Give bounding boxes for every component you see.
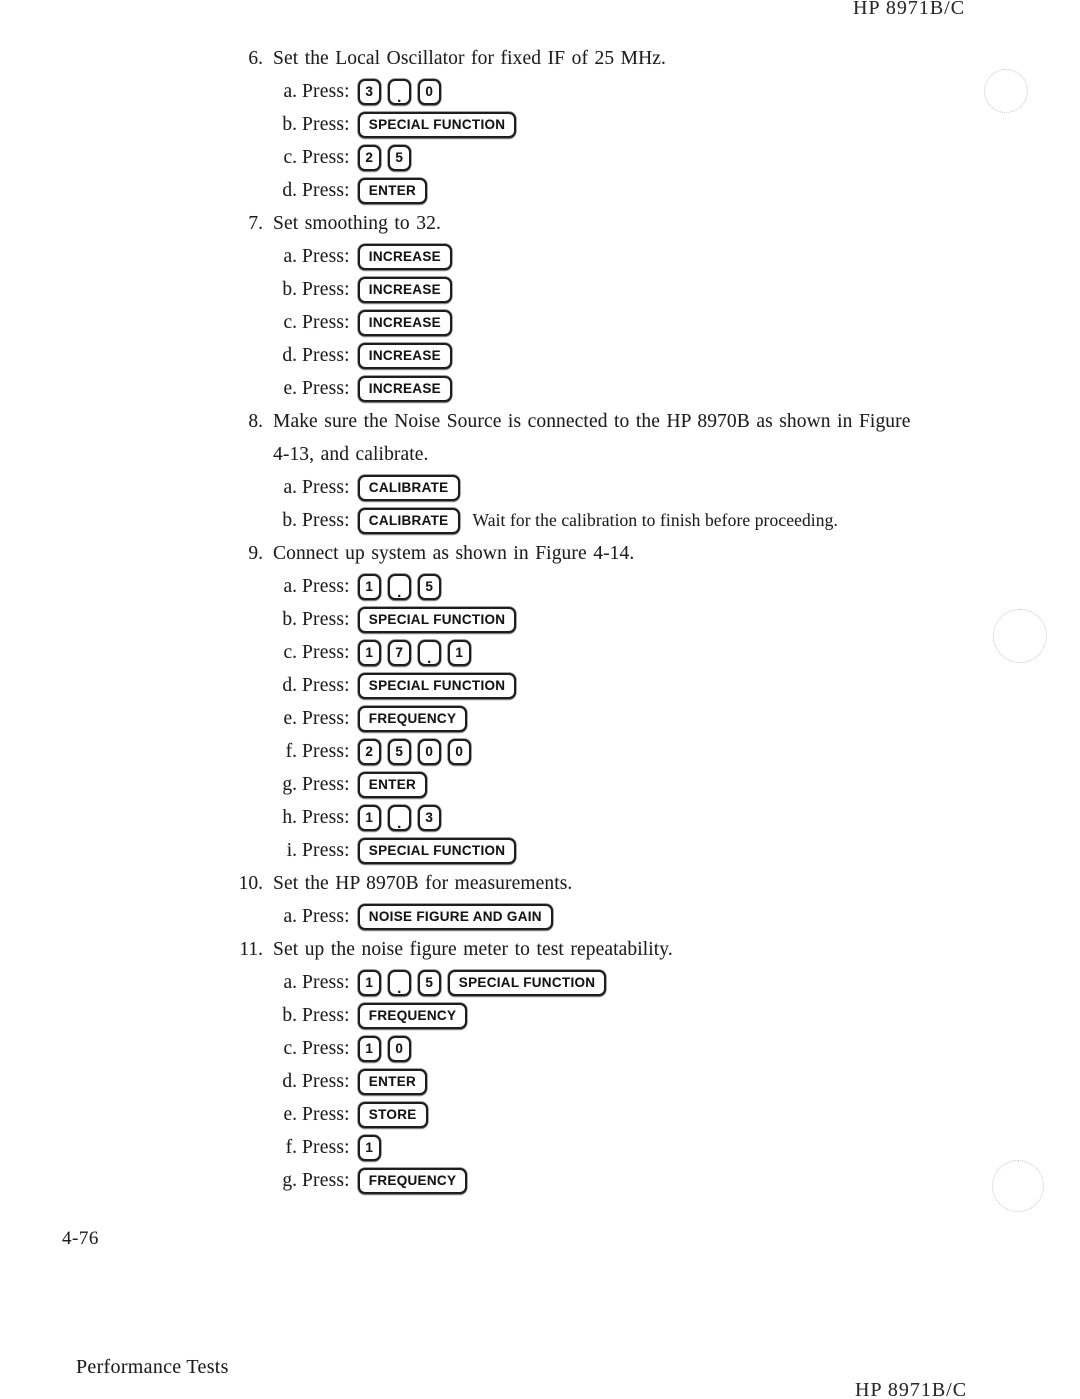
press-label: Press: bbox=[302, 774, 350, 796]
key-sequence: 1 bbox=[358, 1135, 388, 1161]
step-text: Set up the noise figure meter to test re… bbox=[273, 933, 973, 966]
keycap-5: 5 bbox=[418, 574, 441, 600]
substep-list: a.Press:1.5SPECIAL FUNCTIONb.Press:FREQU… bbox=[273, 966, 1080, 1197]
substep-b: b.Press:SPECIAL FUNCTION bbox=[273, 603, 1080, 636]
keycap-increase: INCREASE bbox=[358, 376, 452, 402]
substep-letter: d. bbox=[275, 345, 297, 367]
substep-b: b.Press:FREQUENCY bbox=[273, 999, 1080, 1032]
substep-letter: f. bbox=[275, 741, 297, 763]
keycap-frequency: FREQUENCY bbox=[358, 706, 467, 732]
keycap-calibrate: CALIBRATE bbox=[358, 475, 460, 501]
keycap-special-function: SPECIAL FUNCTION bbox=[358, 607, 517, 633]
keycap-decimal-point: . bbox=[418, 640, 441, 666]
key-sequence: NOISE FIGURE AND GAIN bbox=[358, 904, 560, 930]
keycap-1: 1 bbox=[358, 640, 381, 666]
substep-letter: c. bbox=[275, 147, 297, 169]
press-label: Press: bbox=[302, 510, 350, 532]
step-text: Connect up system as shown in Figure 4-1… bbox=[273, 537, 973, 570]
keycap-increase: INCREASE bbox=[358, 343, 452, 369]
keycap-decimal-point: . bbox=[388, 805, 411, 831]
substep-letter: b. bbox=[275, 1005, 297, 1027]
key-sequence: ENTER bbox=[358, 178, 434, 204]
press-label: Press: bbox=[302, 1137, 350, 1159]
keycap-enter: ENTER bbox=[358, 1069, 427, 1095]
keycap-increase: INCREASE bbox=[358, 310, 452, 336]
substep-letter: e. bbox=[275, 708, 297, 730]
press-label: Press: bbox=[302, 972, 350, 994]
press-label: Press: bbox=[302, 114, 350, 136]
substep-list: a.Press:3.0b.Press:SPECIAL FUNCTIONc.Pre… bbox=[273, 75, 1080, 207]
substep-letter: a. bbox=[275, 906, 297, 928]
press-label: Press: bbox=[302, 180, 350, 202]
key-sequence: INCREASE bbox=[358, 244, 459, 270]
keycap-decimal-point: . bbox=[388, 574, 411, 600]
step-text: Set smoothing to 32. bbox=[273, 207, 973, 240]
substep-c: c.Press:10 bbox=[273, 1032, 1080, 1065]
keycap-enter: ENTER bbox=[358, 178, 427, 204]
substep-letter: h. bbox=[275, 807, 297, 829]
substep-letter: g. bbox=[275, 1170, 297, 1192]
keycap-3: 3 bbox=[418, 805, 441, 831]
step-6: 6.Set the Local Oscillator for fixed IF … bbox=[229, 42, 1080, 207]
substep-f: f.Press:2500 bbox=[273, 735, 1080, 768]
footer-section-title: Performance Tests bbox=[76, 1356, 229, 1379]
key-sequence: 3.0 bbox=[358, 79, 448, 105]
keycap-0: 0 bbox=[388, 1036, 411, 1062]
step-body: Set smoothing to 32.a.Press:INCREASEb.Pr… bbox=[273, 207, 1080, 405]
press-label: Press: bbox=[302, 741, 350, 763]
substep-e: e.Press:FREQUENCY bbox=[273, 702, 1080, 735]
key-sequence: 1.5 bbox=[358, 574, 448, 600]
press-label: Press: bbox=[302, 147, 350, 169]
substep-b: b.Press:CALIBRATEWait for the calibratio… bbox=[273, 504, 1080, 537]
key-sequence: 25 bbox=[358, 145, 418, 171]
keycap-special-function: SPECIAL FUNCTION bbox=[358, 673, 517, 699]
substep-list: a.Press:1.5b.Press:SPECIAL FUNCTIONc.Pre… bbox=[273, 570, 1080, 867]
keycap-3: 3 bbox=[358, 79, 381, 105]
key-sequence: INCREASE bbox=[358, 343, 459, 369]
keycap-noise-figure-and-gain: NOISE FIGURE AND GAIN bbox=[358, 904, 553, 930]
key-sequence: SPECIAL FUNCTION bbox=[358, 673, 524, 699]
key-sequence: INCREASE bbox=[358, 310, 459, 336]
substep-letter: a. bbox=[275, 477, 297, 499]
keycap-1: 1 bbox=[358, 805, 381, 831]
substep-c: c.Press:INCREASE bbox=[273, 306, 1080, 339]
footer-model: HP 8971B/C bbox=[855, 1377, 967, 1399]
substep-i: i.Press:SPECIAL FUNCTION bbox=[273, 834, 1080, 867]
press-label: Press: bbox=[302, 576, 350, 598]
press-label: Press: bbox=[302, 312, 350, 334]
procedure-step-list: 6.Set the Local Oscillator for fixed IF … bbox=[0, 42, 1080, 1197]
key-sequence: CALIBRATE bbox=[358, 508, 467, 534]
keycap-1: 1 bbox=[448, 640, 471, 666]
press-label: Press: bbox=[302, 1038, 350, 1060]
press-label: Press: bbox=[302, 345, 350, 367]
press-label: Press: bbox=[302, 1005, 350, 1027]
substep-letter: i. bbox=[275, 840, 297, 862]
key-sequence: INCREASE bbox=[358, 376, 459, 402]
press-label: Press: bbox=[302, 642, 350, 664]
press-label: Press: bbox=[302, 708, 350, 730]
keycap-calibrate: CALIBRATE bbox=[358, 508, 460, 534]
keycap-1: 1 bbox=[358, 1135, 381, 1161]
keycap-7: 7 bbox=[388, 640, 411, 666]
key-sequence: SPECIAL FUNCTION bbox=[358, 112, 524, 138]
key-sequence: ENTER bbox=[358, 1069, 434, 1095]
key-sequence: FREQUENCY bbox=[358, 1003, 474, 1029]
substep-letter: b. bbox=[275, 609, 297, 631]
step-text: Make sure the Noise Source is connected … bbox=[273, 405, 973, 471]
substep-letter: d. bbox=[275, 180, 297, 202]
substep-d: d.Press:INCREASE bbox=[273, 339, 1080, 372]
substep-f: f.Press:1 bbox=[273, 1131, 1080, 1164]
keycap-5: 5 bbox=[418, 970, 441, 996]
step-body: Set the HP 8970B for measurements.a.Pres… bbox=[273, 867, 1080, 933]
running-head-model-text: HP 8971B/C bbox=[853, 0, 965, 23]
keycap-0: 0 bbox=[418, 739, 441, 765]
step-number: 10. bbox=[229, 867, 263, 900]
substep-b: b.Press:INCREASE bbox=[273, 273, 1080, 306]
substep-letter: f. bbox=[275, 1137, 297, 1159]
footer-model-text: HP 8971B/C bbox=[855, 1377, 967, 1399]
key-sequence: 17.1 bbox=[358, 640, 478, 666]
substep-letter: g. bbox=[275, 774, 297, 796]
keycap-decimal-point: . bbox=[388, 970, 411, 996]
key-sequence: ENTER bbox=[358, 772, 434, 798]
keycap-1: 1 bbox=[358, 970, 381, 996]
key-sequence: FREQUENCY bbox=[358, 706, 474, 732]
substep-letter: a. bbox=[275, 576, 297, 598]
key-sequence: 10 bbox=[358, 1036, 418, 1062]
keycap-5: 5 bbox=[388, 145, 411, 171]
substep-letter: e. bbox=[275, 378, 297, 400]
key-sequence: INCREASE bbox=[358, 277, 459, 303]
keycap-1: 1 bbox=[358, 574, 381, 600]
step-body: Make sure the Noise Source is connected … bbox=[273, 405, 1080, 537]
keycap-special-function: SPECIAL FUNCTION bbox=[358, 838, 517, 864]
keycap-special-function: SPECIAL FUNCTION bbox=[358, 112, 517, 138]
keycap-5: 5 bbox=[388, 739, 411, 765]
substep-a: a.Press:1.5SPECIAL FUNCTION bbox=[273, 966, 1080, 999]
substep-note: Wait for the calibration to finish befor… bbox=[473, 510, 838, 531]
keycap-enter: ENTER bbox=[358, 772, 427, 798]
step-body: Set up the noise figure meter to test re… bbox=[273, 933, 1080, 1197]
substep-e: e.Press:STORE bbox=[273, 1098, 1080, 1131]
substep-list: a.Press:INCREASEb.Press:INCREASEc.Press:… bbox=[273, 240, 1080, 405]
substep-letter: a. bbox=[275, 81, 297, 103]
step-number: 9. bbox=[229, 537, 263, 570]
substep-e: e.Press:INCREASE bbox=[273, 372, 1080, 405]
keycap-increase: INCREASE bbox=[358, 244, 452, 270]
page-number: 4-76 bbox=[62, 1228, 99, 1250]
step-number: 11. bbox=[229, 933, 263, 966]
press-label: Press: bbox=[302, 1071, 350, 1093]
substep-d: d.Press:ENTER bbox=[273, 1065, 1080, 1098]
press-label: Press: bbox=[302, 906, 350, 928]
step-7: 7.Set smoothing to 32.a.Press:INCREASEb.… bbox=[229, 207, 1080, 405]
substep-letter: d. bbox=[275, 1071, 297, 1093]
keycap-store: STORE bbox=[358, 1102, 428, 1128]
substep-list: a.Press:CALIBRATEb.Press:CALIBRATEWait f… bbox=[273, 471, 1080, 537]
substep-letter: a. bbox=[275, 972, 297, 994]
press-label: Press: bbox=[302, 1170, 350, 1192]
substep-d: d.Press:ENTER bbox=[273, 174, 1080, 207]
key-sequence: SPECIAL FUNCTION bbox=[358, 607, 524, 633]
substep-a: a.Press:1.5 bbox=[273, 570, 1080, 603]
keycap-2: 2 bbox=[358, 739, 381, 765]
press-label: Press: bbox=[302, 378, 350, 400]
step-11: 11.Set up the noise figure meter to test… bbox=[229, 933, 1080, 1197]
step-body: Connect up system as shown in Figure 4-1… bbox=[273, 537, 1080, 867]
substep-g: g.Press:ENTER bbox=[273, 768, 1080, 801]
press-label: Press: bbox=[302, 477, 350, 499]
keycap-increase: INCREASE bbox=[358, 277, 452, 303]
substep-h: h.Press:1.3 bbox=[273, 801, 1080, 834]
step-text: Set the HP 8970B for measurements. bbox=[273, 867, 973, 900]
key-sequence: 1.3 bbox=[358, 805, 448, 831]
substep-c: c.Press:17.1 bbox=[273, 636, 1080, 669]
step-number: 7. bbox=[229, 207, 263, 240]
press-label: Press: bbox=[302, 807, 350, 829]
key-sequence: 1.5SPECIAL FUNCTION bbox=[358, 970, 614, 996]
keycap-2: 2 bbox=[358, 145, 381, 171]
substep-letter: c. bbox=[275, 312, 297, 334]
substep-c: c.Press:25 bbox=[273, 141, 1080, 174]
key-sequence: FREQUENCY bbox=[358, 1168, 474, 1194]
keycap-frequency: FREQUENCY bbox=[358, 1168, 467, 1194]
keycap-0: 0 bbox=[448, 739, 471, 765]
press-label: Press: bbox=[302, 1104, 350, 1126]
substep-letter: b. bbox=[275, 279, 297, 301]
step-text: Set the Local Oscillator for fixed IF of… bbox=[273, 42, 973, 75]
step-8: 8.Make sure the Noise Source is connecte… bbox=[229, 405, 1080, 537]
keycap-1: 1 bbox=[358, 1036, 381, 1062]
substep-letter: c. bbox=[275, 1038, 297, 1060]
substep-letter: a. bbox=[275, 246, 297, 268]
substep-b: b.Press:SPECIAL FUNCTION bbox=[273, 108, 1080, 141]
substep-a: a.Press:CALIBRATE bbox=[273, 471, 1080, 504]
substep-a: a.Press:NOISE FIGURE AND GAIN bbox=[273, 900, 1080, 933]
substep-letter: c. bbox=[275, 642, 297, 664]
press-label: Press: bbox=[302, 840, 350, 862]
substep-letter: b. bbox=[275, 510, 297, 532]
step-body: Set the Local Oscillator for fixed IF of… bbox=[273, 42, 1080, 207]
substep-letter: d. bbox=[275, 675, 297, 697]
step-9: 9.Connect up system as shown in Figure 4… bbox=[229, 537, 1080, 867]
substep-a: a.Press:3.0 bbox=[273, 75, 1080, 108]
step-number: 6. bbox=[229, 42, 263, 75]
running-head-model: HP 8971B/C bbox=[853, 0, 965, 27]
substep-letter: b. bbox=[275, 114, 297, 136]
substep-g: g.Press:FREQUENCY bbox=[273, 1164, 1080, 1197]
step-number: 8. bbox=[229, 405, 263, 438]
substep-list: a.Press:NOISE FIGURE AND GAIN bbox=[273, 900, 1080, 933]
press-label: Press: bbox=[302, 246, 350, 268]
keycap-decimal-point: . bbox=[388, 79, 411, 105]
press-label: Press: bbox=[302, 81, 350, 103]
press-label: Press: bbox=[302, 279, 350, 301]
substep-letter: e. bbox=[275, 1104, 297, 1126]
key-sequence: 2500 bbox=[358, 739, 478, 765]
key-sequence: SPECIAL FUNCTION bbox=[358, 838, 524, 864]
key-sequence: STORE bbox=[358, 1102, 435, 1128]
scanned-manual-page: HP 8971B/C 6.Set the Local Oscillator fo… bbox=[0, 0, 1080, 1399]
keycap-frequency: FREQUENCY bbox=[358, 1003, 467, 1029]
press-label: Press: bbox=[302, 675, 350, 697]
substep-d: d.Press:SPECIAL FUNCTION bbox=[273, 669, 1080, 702]
keycap-0: 0 bbox=[418, 79, 441, 105]
keycap-special-function: SPECIAL FUNCTION bbox=[448, 970, 607, 996]
step-10: 10.Set the HP 8970B for measurements.a.P… bbox=[229, 867, 1080, 933]
press-label: Press: bbox=[302, 609, 350, 631]
substep-a: a.Press:INCREASE bbox=[273, 240, 1080, 273]
key-sequence: CALIBRATE bbox=[358, 475, 467, 501]
